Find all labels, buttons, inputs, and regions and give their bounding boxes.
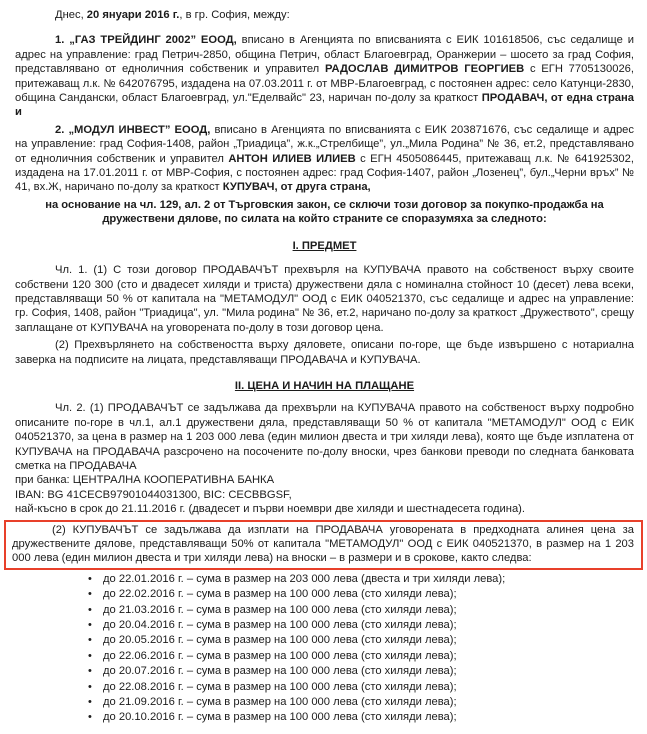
installment-text: до 21.09.2016 г. – сума в размер на 100 … [103, 695, 634, 709]
payment-deadline-line: най-късно в срок до 21.11.2016 г. (дваде… [15, 502, 634, 516]
article1-par1: Чл. 1. (1) С този договор ПРОДАВАЧЪТ пре… [15, 263, 634, 335]
intro-prefix: Днес, [55, 9, 87, 21]
seller-company-name: 1. „ГАЗ ТРЕЙДИНГ 2002” ЕООД, [55, 34, 237, 46]
installment-text: до 22.06.2016 г. – сума в размер на 100 … [103, 649, 634, 663]
installment-row: •до 22.08.2016 г. – сума в размер на 100… [88, 680, 634, 694]
installment-text: до 22.02.2016 г. – сума в размер на 100 … [103, 587, 634, 601]
bullet-icon: • [88, 587, 103, 601]
installment-text: до 20.07.2016 г. – сума в размер на 100 … [103, 664, 634, 678]
seller-manager-name: РАДОСЛАВ ДИМИТРОВ ГЕОРГИЕВ [325, 63, 524, 75]
installment-row: •до 20.10.2016 г. – сума в размер на 100… [88, 710, 634, 724]
installments-list: •до 22.01.2016 г. – сума в размер на 203… [15, 572, 634, 725]
buyer-manager-name: АНТОН ИЛИЕВ ИЛИЕВ [228, 153, 355, 165]
bullet-icon: • [88, 680, 103, 694]
bullet-icon: • [88, 572, 103, 586]
bullet-icon: • [88, 633, 103, 647]
article2-par1: Чл. 2. (1) ПРОДАВАЧЪТ се задължава да пр… [15, 401, 634, 473]
intro-date-line: Днес, 20 януари 2016 г., в гр. София, ме… [15, 8, 634, 22]
bullet-icon: • [88, 603, 103, 617]
article1-par2: (2) Прехвърлянето на собствеността върху… [15, 338, 634, 367]
installment-row: •до 21.09.2016 г. – сума в размер на 100… [88, 695, 634, 709]
bullet-icon: • [88, 664, 103, 678]
installment-text: до 20.05.2016 г. – сума в размер на 100 … [103, 633, 634, 647]
party-buyer-paragraph: 2. „МОДУЛ ИНВЕСТ” ЕООД, вписано в Агенци… [15, 123, 634, 195]
legal-basis-clause: на основание на чл. 129, ал. 2 от Търгов… [41, 198, 608, 227]
bank-name-line: при банка: ЦЕНТРАЛНА КООПЕРАТИВНА БАНКА [15, 473, 634, 487]
bullet-icon: • [88, 710, 103, 724]
installment-row: •до 20.07.2016 г. – сума в размер на 100… [88, 664, 634, 678]
red-annotation-box: (2) КУПУВАЧЪТ се задължава да изплати на… [4, 520, 643, 570]
installment-row: •до 22.01.2016 г. – сума в размер на 203… [88, 572, 634, 586]
bank-iban-line: IBAN: BG 41CECB97901044031300, BIC: CECB… [15, 488, 634, 502]
party-seller-paragraph: 1. „ГАЗ ТРЕЙДИНГ 2002” ЕООД, вписано в А… [15, 33, 634, 119]
bullet-icon: • [88, 618, 103, 632]
installment-text: до 20.10.2016 г. – сума в размер на 100 … [103, 710, 634, 724]
installment-text: до 20.04.2016 г. – сума в размер на 100 … [103, 618, 634, 632]
installment-row: •до 20.05.2016 г. – сума в размер на 100… [88, 633, 634, 647]
contract-document-page: Днес, 20 януари 2016 г., в гр. София, ме… [0, 0, 647, 734]
installment-row: •до 21.03.2016 г. – сума в размер на 100… [88, 603, 634, 617]
intro-suffix: , в гр. София, между: [179, 9, 289, 21]
installment-row: •до 22.06.2016 г. – сума в размер на 100… [88, 649, 634, 663]
article2-par2-highlighted: (2) КУПУВАЧЪТ се задължава да изплати на… [12, 523, 634, 566]
bullet-icon: • [88, 695, 103, 709]
buyer-company-name: 2. „МОДУЛ ИНВЕСТ” ЕООД, [55, 124, 210, 136]
installment-row: •до 20.04.2016 г. – сума в размер на 100… [88, 618, 634, 632]
contract-date: 20 януари 2016 г. [87, 9, 180, 21]
installment-row: •до 22.02.2016 г. – сума в размер на 100… [88, 587, 634, 601]
installment-text: до 22.01.2016 г. – сума в размер на 203 … [103, 572, 634, 586]
buyer-alias: КУПУВАЧ, от друга страна, [223, 181, 371, 193]
installment-text: до 21.03.2016 г. – сума в размер на 100 … [103, 603, 634, 617]
section-heading-price: II. ЦЕНА И НАЧИН НА ПЛАЩАНЕ [15, 379, 634, 393]
bullet-icon: • [88, 649, 103, 663]
section-heading-subject: I. ПРЕДМЕТ [15, 239, 634, 253]
installment-text: до 22.08.2016 г. – сума в размер на 100 … [103, 680, 634, 694]
